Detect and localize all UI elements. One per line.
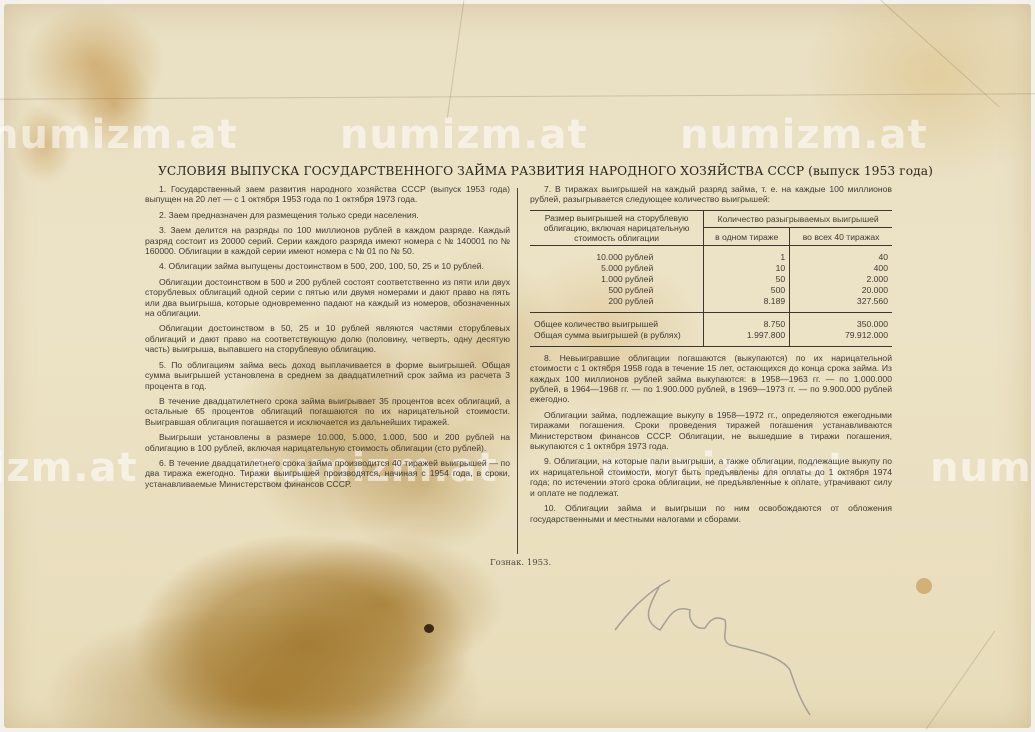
clause-7: 7. В тиражах выигрышей на каждый разряд …	[530, 184, 892, 205]
watermark: numizm.at	[340, 112, 588, 158]
clause-1: 1. Государственный заем развития народно…	[145, 184, 510, 205]
prize-row: 10.000 рублей140	[530, 245, 892, 263]
clause-10: 10. Облигации займа и выигрыши по ним ос…	[530, 503, 892, 524]
prize-row: 500 рублей50020.000	[530, 285, 892, 296]
totals-all-draws: 79.912.000	[790, 330, 892, 347]
clause-3: 3. Заем делится на разряды по 100 миллио…	[145, 225, 510, 256]
clause-8: 8. Невыигравшие облигации погашаются (вы…	[530, 353, 892, 405]
prize-all-draws: 40	[790, 245, 892, 263]
prize-table: Размер выигрышей на сторублевую облигаци…	[530, 210, 892, 347]
header-all-draws: во всех 40 тиражах	[790, 228, 892, 246]
totals-row: Общее количество выигрышей8.750350.000	[530, 312, 892, 330]
watermark: numizm.at	[0, 112, 238, 158]
header-one-draw: в одном тираже	[704, 228, 790, 246]
prize-one-draw: 50	[704, 274, 790, 285]
prize-all-draws: 400	[790, 263, 892, 274]
printer-imprint: Гознак. 1953.	[490, 558, 551, 568]
prize-amount: 500 рублей	[530, 285, 704, 296]
ink-spot	[424, 624, 434, 633]
prize-amount: 5.000 рублей	[530, 263, 704, 274]
totals-row: Общая сумма выигрышей (в рублях)1.997.80…	[530, 330, 892, 347]
pencil-signature	[610, 570, 830, 720]
prize-all-draws: 327.560	[790, 296, 892, 313]
totals-one-draw: 8.750	[704, 312, 790, 330]
conditions-right-column: 7. В тиражах выигрышей на каждый разряд …	[530, 184, 892, 529]
stain-spot	[916, 578, 932, 594]
prize-one-draw: 1	[704, 245, 790, 263]
prize-one-draw: 10	[704, 263, 790, 274]
clause-5: 5. По облигациям займа весь доход выплач…	[145, 360, 510, 391]
clause-4-note-a: Облигации достоинством в 500 и 200 рубле…	[145, 277, 510, 319]
clause-4: 4. Облигации займа выпущены достоинством…	[145, 261, 510, 271]
clause-5-note-b: Выигрыши установлены в размере 10.000, 5…	[145, 432, 510, 453]
column-divider	[517, 188, 518, 554]
prize-amount: 1.000 рублей	[530, 274, 704, 285]
watermark: numizm.at	[680, 112, 928, 158]
prize-row: 5.000 рублей10400	[530, 263, 892, 274]
prize-all-draws: 20.000	[790, 285, 892, 296]
header-prize-count: Количество разыгрываемых выигрышей	[704, 210, 892, 228]
prize-one-draw: 500	[704, 285, 790, 296]
totals-all-draws: 350.000	[790, 312, 892, 330]
document-title: УСЛОВИЯ ВЫПУСКА ГОСУДАРСТВЕННОГО ЗАЙМА Р…	[158, 164, 898, 178]
totals-label: Общая сумма выигрышей (в рублях)	[530, 330, 704, 347]
prize-one-draw: 8.189	[704, 296, 790, 313]
clause-6: 6. В течение двадцатилетнего срока займа…	[145, 458, 510, 489]
totals-one-draw: 1.997.800	[704, 330, 790, 347]
watermark: numizm.at	[0, 445, 138, 491]
clause-2: 2. Заем предназначен для размещения толь…	[145, 210, 510, 220]
prize-amount: 10.000 рублей	[530, 245, 704, 263]
totals-label: Общее количество выигрышей	[530, 312, 704, 330]
watermark: numizm.at	[930, 445, 1035, 491]
clause-9: 9. Облигации, на которые пали выигрыши, …	[530, 456, 892, 498]
clause-4-note-b: Облигации достоинством в 50, 25 и 10 руб…	[145, 323, 510, 354]
conditions-left-column: 1. Государственный заем развития народно…	[145, 184, 510, 494]
prize-all-draws: 2.000	[790, 274, 892, 285]
prize-amount: 200 рублей	[530, 296, 704, 313]
header-prize-size: Размер выигрышей на сторублевую облигаци…	[530, 210, 704, 245]
prize-row: 200 рублей8.189327.560	[530, 296, 892, 313]
prize-row: 1.000 рублей502.000	[530, 274, 892, 285]
clause-5-note-a: В течение двадцатилетнего срока займа вы…	[145, 396, 510, 427]
clause-8-note: Облигации займа, подлежащие выкупу в 195…	[530, 410, 892, 452]
